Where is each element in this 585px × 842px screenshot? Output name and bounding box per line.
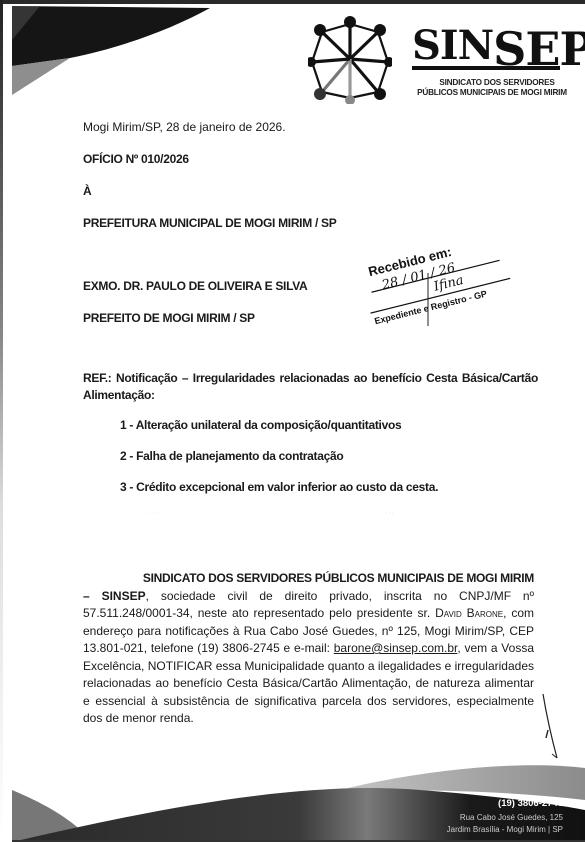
brand-subtitle: SINDICATO DOS SERVIDORES PÚBLICOS MUNICI… bbox=[412, 78, 572, 98]
header-decorative-band bbox=[0, 0, 215, 100]
body-heading: SINDICATO DOS SERVIDORES PÚBLICOS MUNICI… bbox=[83, 570, 534, 588]
circle-of-people-icon bbox=[308, 14, 392, 104]
recipient-prefix: À bbox=[83, 184, 92, 198]
sinsep-logo: SINSEP SINDICATO DOS SERVIDORES PÚBLICOS… bbox=[300, 6, 570, 106]
letter-page: SINSEP SINDICATO DOS SERVIDORES PÚBLICOS… bbox=[0, 0, 585, 842]
email-link[interactable]: barone@sinsep.com.br bbox=[334, 641, 458, 655]
list-item: 1 - Alteração unilateral da composição/q… bbox=[120, 418, 401, 432]
addressee-name: EXMO. DR. PAULO DE OLIVEIRA E SILVA bbox=[83, 279, 307, 293]
body-org-abbrev: – SINSEP bbox=[83, 589, 146, 603]
bleed-through-text: · ·· · bbox=[148, 510, 161, 517]
oficio-number: OFÍCIO Nº 010/2026 bbox=[83, 152, 189, 166]
footer-address-line2: Jardim Brasília - Mogi Mirim | SP bbox=[447, 825, 563, 834]
president-name: David Barone bbox=[435, 606, 503, 620]
footer-phone: (19) 3806-2745 bbox=[498, 798, 563, 809]
recipient-organization: PREFEITURA MUNICIPAL DE MOGI MIRIM / SP bbox=[83, 216, 336, 230]
bleed-through-text: · ·· bbox=[385, 510, 394, 517]
brand-wordmark: SINSEP bbox=[412, 20, 585, 66]
reference-line: REF.: Notificação – Irregularidades rela… bbox=[83, 370, 538, 404]
body-paragraph: SINDICATO DOS SERVIDORES PÚBLICOS MUNICI… bbox=[83, 570, 534, 728]
received-stamp: Recebido em: Expediente e Registro - GP … bbox=[362, 228, 512, 328]
stamp-department: Expediente e Registro - GP bbox=[373, 289, 488, 327]
list-item: 2 - Falha de planejamento da contratação bbox=[120, 449, 343, 463]
list-item: 3 - Crédito excepcional em valor inferio… bbox=[120, 480, 438, 494]
addressee-title: PREFEITO DE MOGI MIRIM / SP bbox=[83, 311, 255, 325]
margin-initial-mark bbox=[540, 692, 570, 762]
left-scan-edge bbox=[0, 0, 3, 842]
footer-address-line1: Rua Cabo José Guedes, 125 bbox=[460, 813, 563, 822]
brand-underline bbox=[412, 66, 560, 70]
date-line: Mogi Mirim/SP, 28 de janeiro de 2026. bbox=[83, 120, 286, 134]
